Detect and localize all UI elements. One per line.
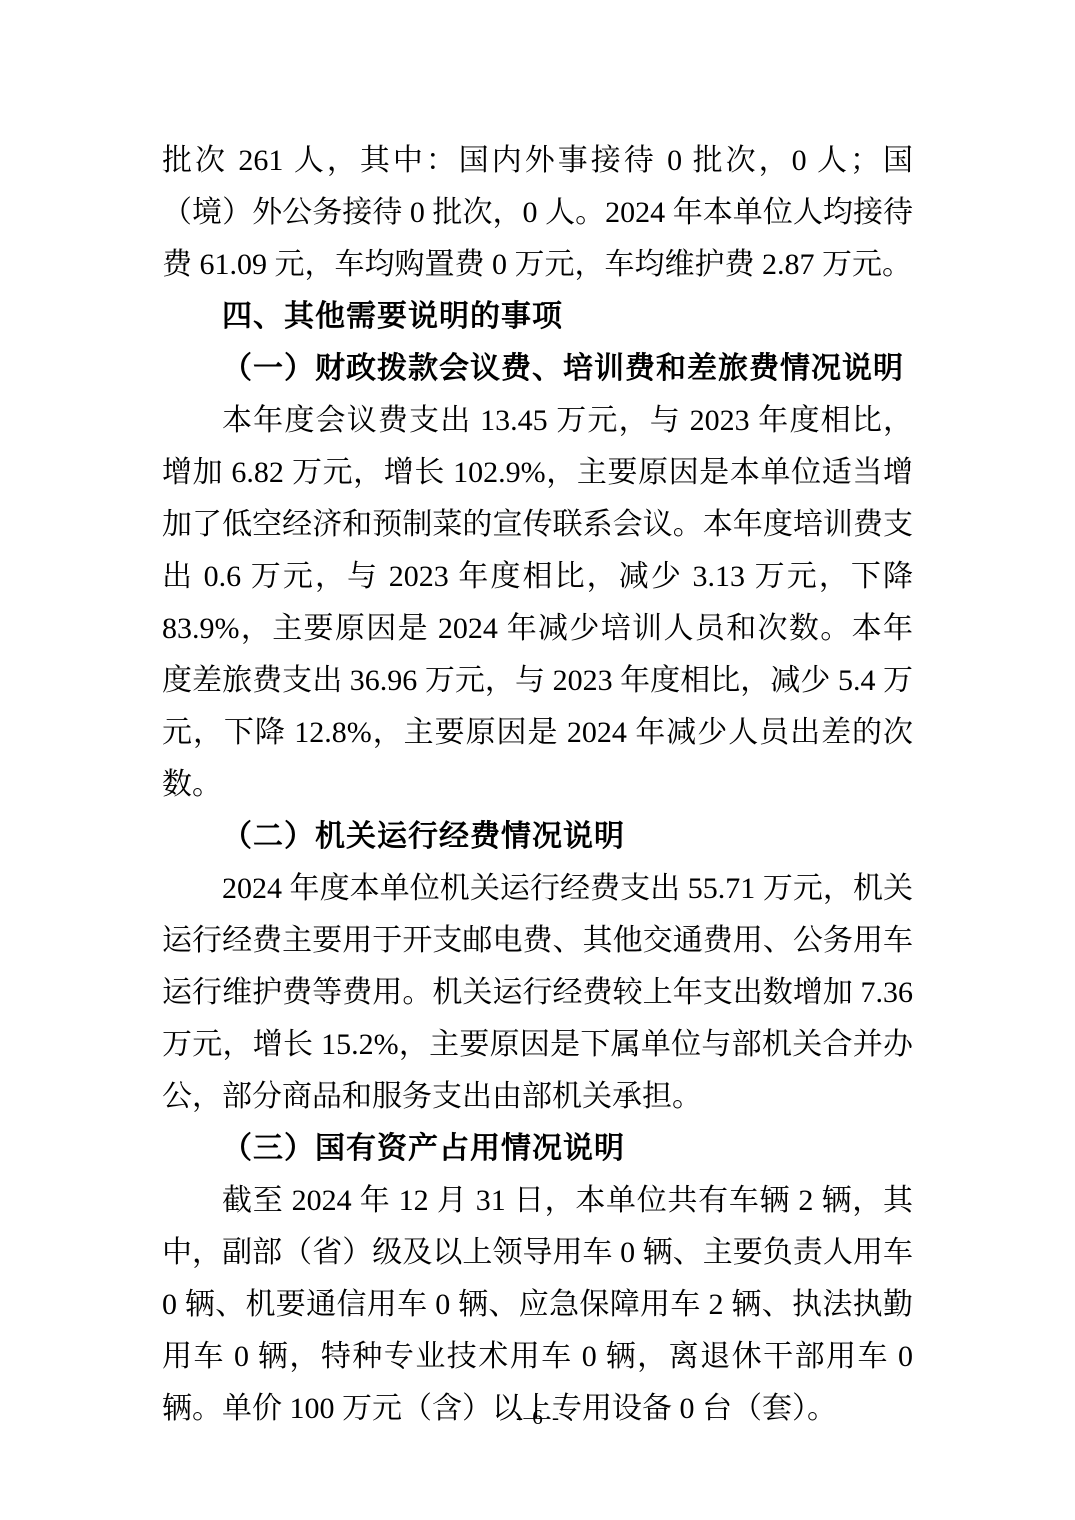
subsection-heading-2: （二）机关运行经费情况说明 [162, 811, 913, 863]
paragraph: 截至 2024 年 12 月 31 日，本单位共有车辆 2 辆，其中，副部（省）… [162, 1175, 913, 1435]
page-number: - 6 - [0, 1404, 1075, 1430]
subsection-heading-1: （一）财政拨款会议费、培训费和差旅费情况说明 [162, 343, 913, 395]
document-page: { "page": { "background_color": "#ffffff… [0, 0, 1075, 1520]
paragraph: 2024 年度本单位机关运行经费支出 55.71 万元，机关运行经费主要用于开支… [162, 863, 913, 1123]
section-heading-4: 四、其他需要说明的事项 [162, 291, 913, 343]
paragraph-continued: 批次 261 人，其中：国内外事接待 0 批次，0 人；国（境）外公务接待 0 … [162, 135, 913, 291]
document-body: 批次 261 人，其中：国内外事接待 0 批次，0 人；国（境）外公务接待 0 … [162, 135, 913, 1435]
paragraph: 本年度会议费支出 13.45 万元，与 2023 年度相比，增加 6.82 万元… [162, 395, 913, 811]
subsection-heading-3: （三）国有资产占用情况说明 [162, 1123, 913, 1175]
